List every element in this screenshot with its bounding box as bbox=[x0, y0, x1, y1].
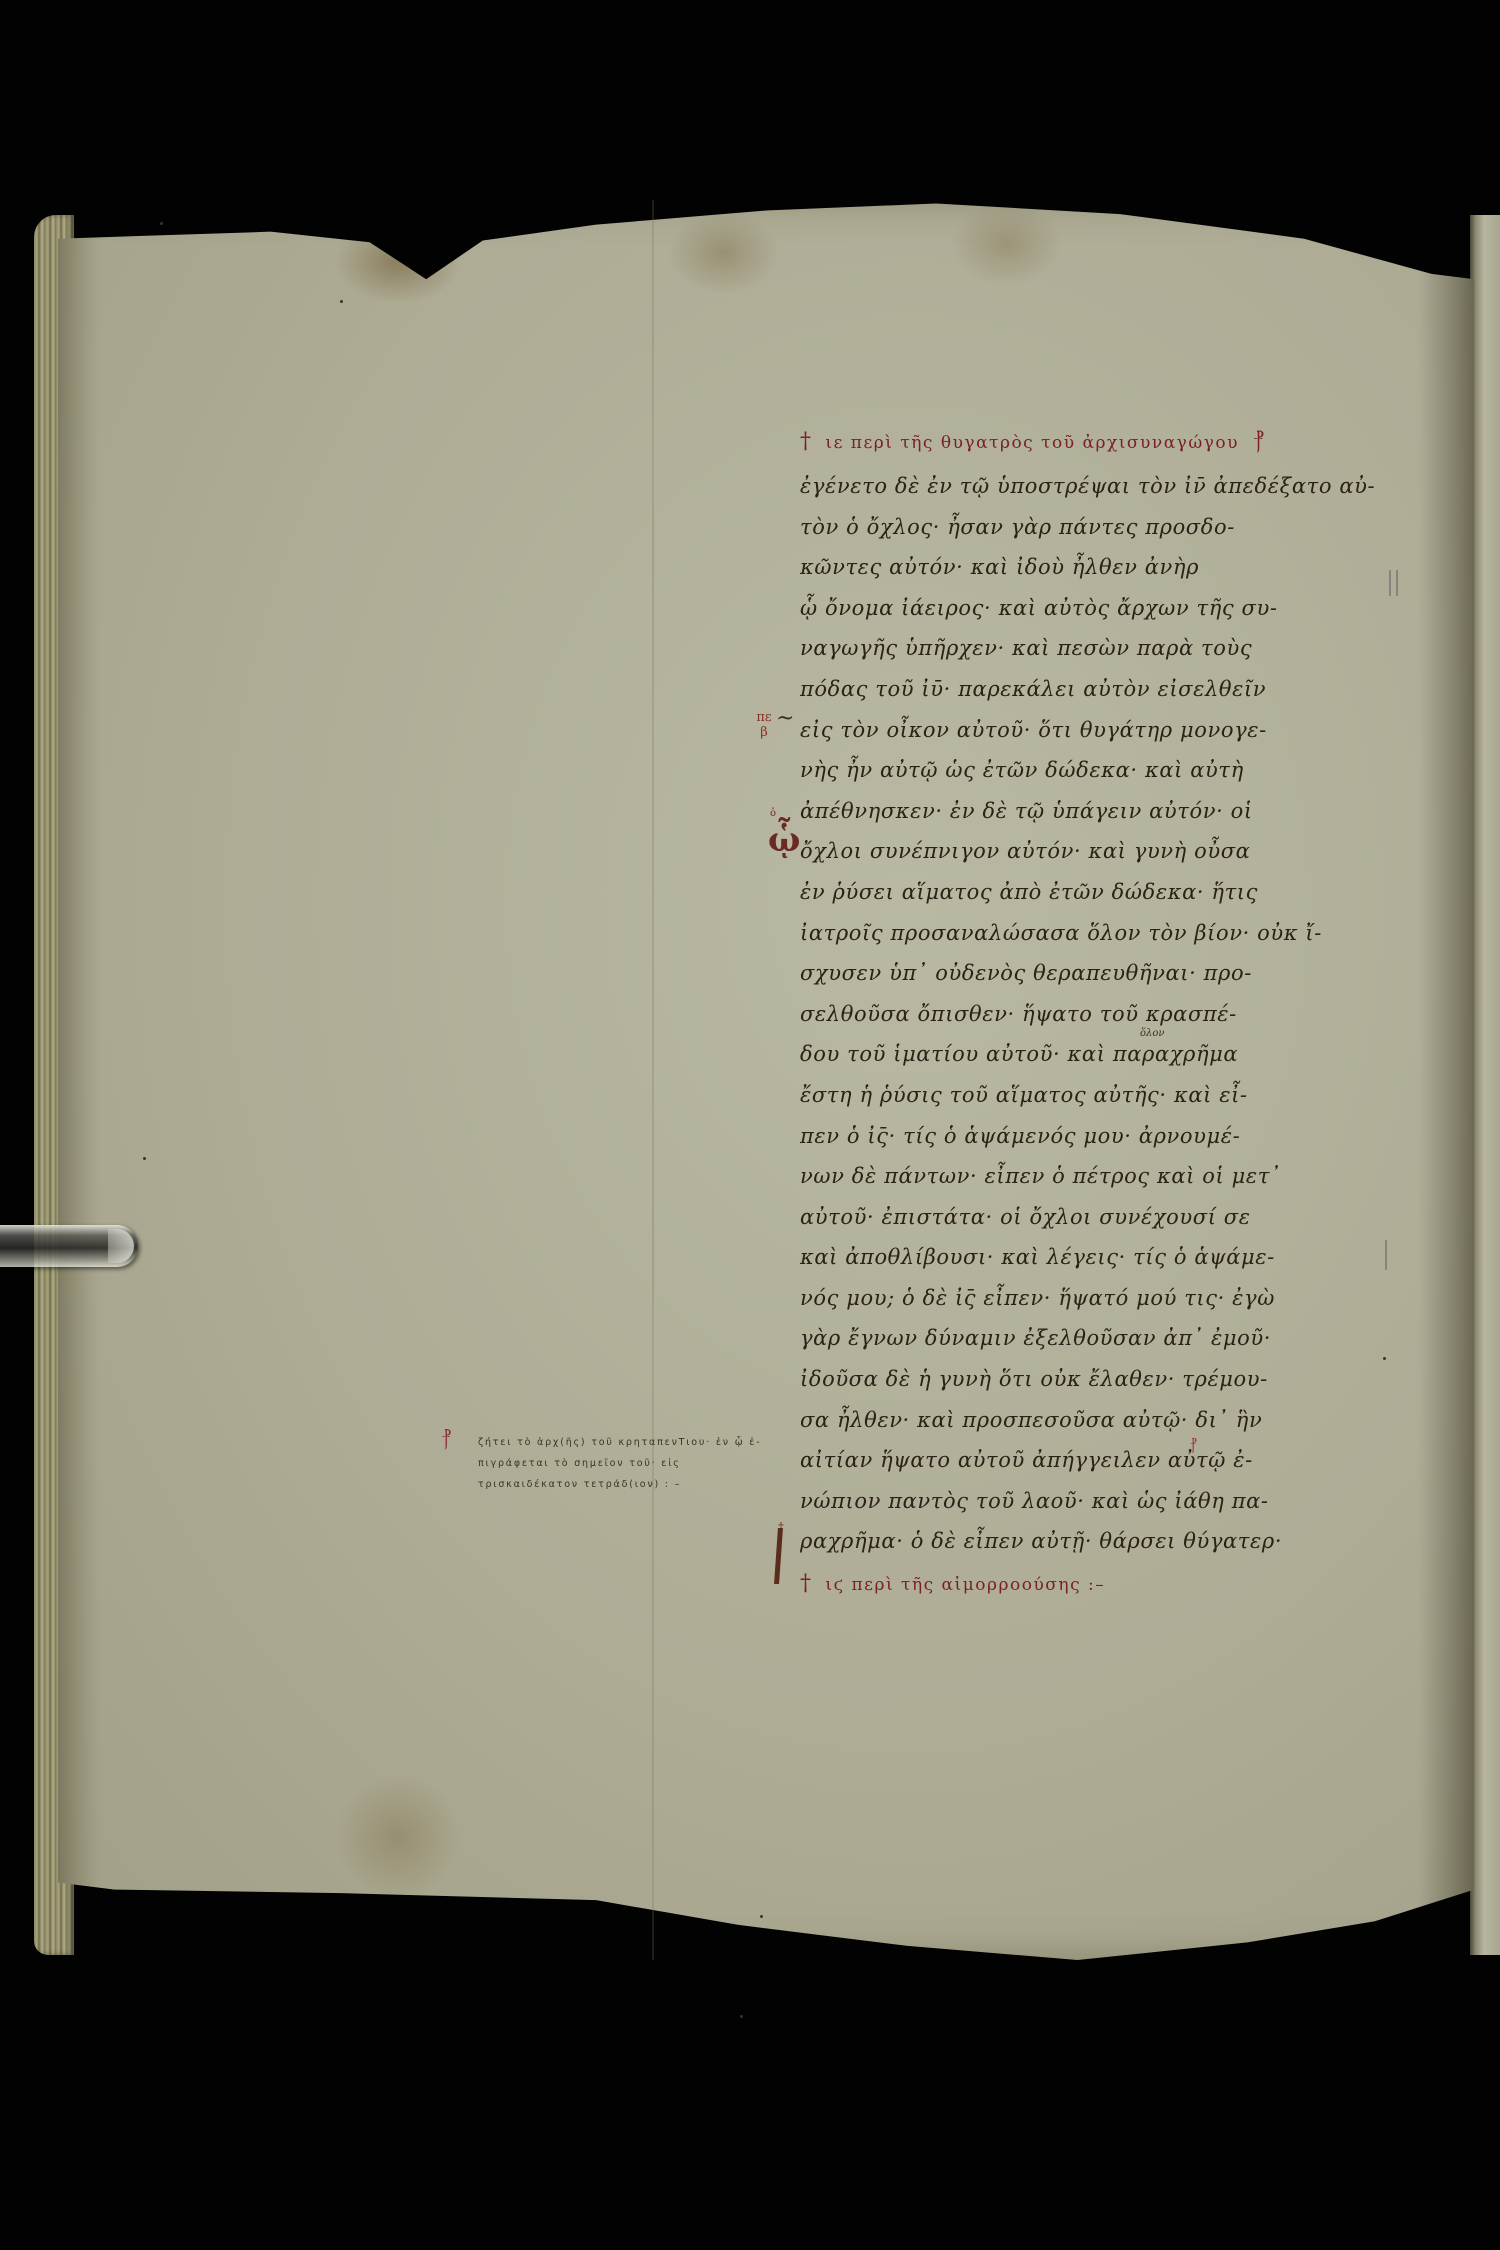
rubric-closing-text: ιϛ περὶ τῆς αἱμορροούσης :– bbox=[825, 1575, 1105, 1595]
rubric-heading-text: ιε περὶ τῆς θυγατρὸς τοῦ ἀρχισυναγώγου bbox=[825, 433, 1239, 453]
text-line: τὸν ὁ ὄχλος· ἦσαν γὰρ πάντες προσδο- bbox=[800, 507, 1400, 548]
text-line: ἐν ῥύσει αἵματος ἀπὸ ἐτῶν δώδεκα· ἥτις bbox=[800, 872, 1400, 913]
text-line: ᾧ ὄνομα ἰάειρος· καὶ αὐτὸς ἄρχων τῆς συ- bbox=[800, 588, 1400, 629]
marginal-note-line: ζήτει τὸ ἀρχ(ῆς) τοῦ κρηταπενΤιου· ἐν ᾧ … bbox=[448, 1432, 688, 1453]
cross-anchor-icon: ⳨ bbox=[442, 1426, 451, 1450]
cross-anchor-icon: ⳨ bbox=[1190, 1436, 1197, 1454]
section-tilde-mark: ~ bbox=[776, 706, 794, 731]
text-line: ἐγένετο δὲ ἐν τῷ ὑποστρέψαι τὸν ἰν̄ ἀπεδ… bbox=[800, 466, 1400, 507]
section-number-bottom: β bbox=[752, 725, 776, 740]
adjacent-leaf-edge bbox=[1470, 215, 1500, 1955]
text-line: σχυσεν ὑπ᾽ οὐδενὸς θεραπευθῆναι· προ- bbox=[800, 953, 1400, 994]
text-line: νὴς ἦν αὐτῷ ὡς ἐτῶν δώδεκα· καὶ αὐτὴ bbox=[800, 750, 1400, 791]
cross-icon: † bbox=[800, 429, 813, 454]
text-column: † ιε περὶ τῆς θυγατρὸς τοῦ ἀρχισυναγώγου… bbox=[800, 418, 1400, 1606]
decorated-initial: ᾧ bbox=[768, 820, 800, 860]
marginal-note: ⳨ ζήτει τὸ ἀρχ(ῆς) τοῦ κρηταπενΤιου· ἐν … bbox=[448, 1432, 688, 1495]
interlinear-gloss: ὅλον bbox=[1140, 1028, 1164, 1039]
section-number-top: πε bbox=[752, 710, 776, 725]
text-line: νων δὲ πάντων· εἶπεν ὁ πέτρος καὶ οἱ μετ… bbox=[800, 1156, 1400, 1197]
text-line: σελθοῦσα ὄπισθεν· ἥψατο τοῦ κρασπέ- bbox=[800, 994, 1400, 1035]
text-line: ναγωγῆς ὑπῆρχεν· καὶ πεσὼν παρὰ τοὺς bbox=[800, 628, 1400, 669]
text-line: ἀπέθνησκεν· ἐν δὲ τῷ ὑπάγειν αὐτόν· οἱ bbox=[800, 791, 1400, 832]
text-line: νώπιον παντὸς τοῦ λαοῦ· καὶ ὡς ἰάθη πα- bbox=[800, 1481, 1400, 1522]
text-line: ἰδοῦσα δὲ ἡ γυνὴ ὅτι οὐκ ἔλαθεν· τρέμου- bbox=[800, 1359, 1400, 1400]
parchment-speck bbox=[143, 1157, 146, 1160]
text-line: αὐτοῦ· ἐπιστάτα· οἱ ὄχλοι συνέχουσί σε bbox=[800, 1197, 1400, 1238]
parchment-speck bbox=[740, 2015, 743, 2018]
parchment-speck bbox=[340, 300, 343, 303]
text-line: δου τοῦ ἱματίου αὐτοῦ· καὶ παραχρῆμα bbox=[800, 1034, 1400, 1075]
rubric-heading: † ιε περὶ τῆς θυγατρὸς τοῦ ἀρχισυναγώγου… bbox=[800, 418, 1400, 466]
text-line: νός μου; ὁ δὲ ἰς̄ εἶπεν· ἥψατό μού τις· … bbox=[800, 1278, 1400, 1319]
marginal-note-line: τρισκαιδέκατον τετράδ(ιον) : – bbox=[448, 1474, 688, 1495]
text-line: πόδας τοῦ ἰῡ· παρεκάλει αὐτὸν εἰσελθεῖν bbox=[800, 669, 1400, 710]
text-line: ἰατροῖς προσαναλώσασα ὅλον τὸν βίον· οὐκ… bbox=[800, 913, 1400, 954]
rubric-closing: † ιϛ περὶ τῆς αἱμορροούσης :– bbox=[800, 1562, 1400, 1606]
parchment-speck bbox=[760, 1915, 763, 1918]
text-line: αἰτίαν ἥψατο αὐτοῦ ἀπήγγειλεν αὐτῷ ἐ- bbox=[800, 1440, 1400, 1481]
parchment-speck bbox=[160, 222, 163, 225]
text-line: σα ἦλθεν· καὶ προσπεσοῦσα αὐτῷ· δι᾽ ἣν bbox=[800, 1400, 1400, 1441]
text-line: γὰρ ἔγνων δύναμιν ἐξελθοῦσαν ἀπ᾽ ἐμοῦ· bbox=[800, 1318, 1400, 1359]
text-line: ραχρῆμα· ὁ δὲ εἶπεν αὐτῇ· θάρσει θύγατερ… bbox=[800, 1521, 1400, 1562]
marginal-note-line: πιγράφεται τὸ σημεῖον τοῦ· εἰς bbox=[448, 1453, 688, 1474]
cross-icon: † bbox=[800, 1571, 813, 1596]
text-line: πεν ὁ ἰς̄· τίς ὁ ἁψάμενός μου· ἀρνουμέ- bbox=[800, 1116, 1400, 1157]
text-line: ἔστη ἡ ῥύσις τοῦ αἵματος αὐτῆς· καὶ εἶ- bbox=[800, 1075, 1400, 1116]
text-line: καὶ ἀποθλίβουσι· καὶ λέγεις· τίς ὁ ἁψάμε… bbox=[800, 1237, 1400, 1278]
parchment-fold-line bbox=[652, 200, 654, 1960]
text-line: ὄχλοι συνέπνιγον αὐτόν· καὶ γυνὴ οὖσα bbox=[800, 831, 1400, 872]
text-line: εἰς τὸν οἶκον αὐτοῦ· ὅτι θυγάτηρ μονογε- bbox=[800, 710, 1400, 751]
initial-accent: ὁ bbox=[770, 808, 776, 819]
cross-anchor-icon: ⳨ bbox=[1254, 429, 1266, 454]
text-line: κῶντες αὐτόν· καὶ ἰδοὺ ἦλθεν ἀνὴρ bbox=[800, 547, 1400, 588]
section-number-marker: πε β bbox=[752, 710, 776, 740]
